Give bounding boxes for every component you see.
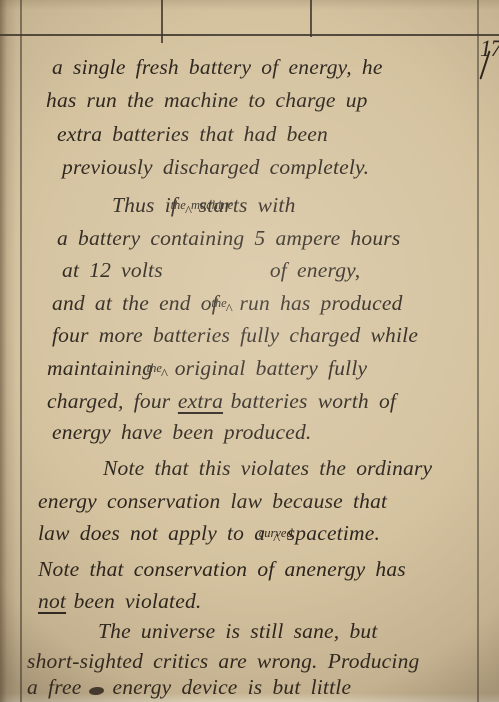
handwriting-line: notbeen violated. xyxy=(38,586,202,616)
line-text: spacetime. xyxy=(287,521,380,545)
line-text: been violated. xyxy=(74,589,202,613)
handwriting-line: charged, fourextrabatteries worth of xyxy=(47,386,396,416)
column-tick-1 xyxy=(161,0,163,43)
line-text: a battery containing 5 ampere hours xyxy=(57,226,400,250)
handwriting-line: extra batteries that had been xyxy=(57,119,328,149)
line-text: Note that conservation of anenergy has xyxy=(38,557,406,581)
underlined-word: not xyxy=(38,589,66,613)
inserted-annotation: the machine^ xyxy=(185,190,192,227)
line-text: extra batteries that had been xyxy=(57,122,328,146)
line-text: original battery fully xyxy=(175,356,368,380)
column-tick-2 xyxy=(310,0,312,37)
line-text: law does not apply to a xyxy=(38,521,265,545)
notebook-page: 17 a single fresh battery of energy, he … xyxy=(0,0,499,702)
handwriting-line: a single fresh battery of energy, he xyxy=(52,52,383,82)
line-text: energy device is but little xyxy=(112,675,351,699)
handwriting-line: The universe is still sane, but xyxy=(98,616,378,646)
inserted-word: the machine xyxy=(171,199,234,212)
handwriting-line: Thus ifthe machine^starts with xyxy=(112,190,296,227)
ink-blot xyxy=(89,686,105,696)
line-text: charged, four xyxy=(47,389,170,413)
inserted-word: the xyxy=(211,297,226,310)
inserted-word: curved xyxy=(259,527,293,540)
line-text: a single fresh battery of energy, he xyxy=(52,55,383,79)
line-text: run has produced xyxy=(239,291,402,315)
line-text: has run the machine to charge up xyxy=(46,88,368,112)
handwriting-line: Note that this violates the ordinary xyxy=(103,453,432,483)
right-margin-line xyxy=(477,0,479,702)
inserted-annotation: the^ xyxy=(161,353,168,390)
handwriting-line: maintainingthe^original battery fully xyxy=(47,353,367,390)
line-text: of energy, xyxy=(270,258,360,282)
line-text: energy have been produced. xyxy=(52,420,311,444)
line-text: maintaining xyxy=(47,356,153,380)
top-rule xyxy=(0,34,499,36)
page-number: 17 xyxy=(480,36,499,62)
handwriting-line: Note that conservation of anenergy has xyxy=(38,554,406,584)
handwriting-line: previously discharged completely. xyxy=(62,152,369,182)
handwriting-line: a battery containing 5 ampere hours xyxy=(57,223,400,253)
left-margin-line xyxy=(20,0,22,702)
handwriting-line: has run the machine to charge up xyxy=(46,85,368,115)
handwriting-line: at 12 voltsof energy, xyxy=(62,255,360,285)
handwriting-line: a freeenergy device is but little xyxy=(27,672,351,702)
line-text: a free xyxy=(27,675,81,699)
line-text: energy conservation law because that xyxy=(38,489,387,513)
line-text: four more batteries fully charged while xyxy=(52,323,418,347)
inserted-word: the xyxy=(147,362,162,375)
handwriting-line: four more batteries fully charged while xyxy=(52,320,418,350)
line-text: Thus if xyxy=(112,193,177,217)
inserted-annotation: curved^ xyxy=(273,518,280,555)
line-text: and at the end of xyxy=(52,291,218,315)
handwriting-line: law does not apply to acurved^spacetime. xyxy=(38,518,380,555)
handwriting-line: energy conservation law because that xyxy=(38,486,387,516)
line-text: short-sighted critics are wrong. Produci… xyxy=(27,649,419,673)
line-text: at 12 volts xyxy=(62,258,163,282)
line-text: The universe is still sane, but xyxy=(98,619,378,643)
line-text: batteries worth of xyxy=(231,389,397,413)
handwriting-line: energy have been produced. xyxy=(52,417,311,447)
line-text: Note that this violates the ordinary xyxy=(103,456,432,480)
line-text: previously discharged completely. xyxy=(62,155,369,179)
underlined-word: extra xyxy=(178,389,223,413)
